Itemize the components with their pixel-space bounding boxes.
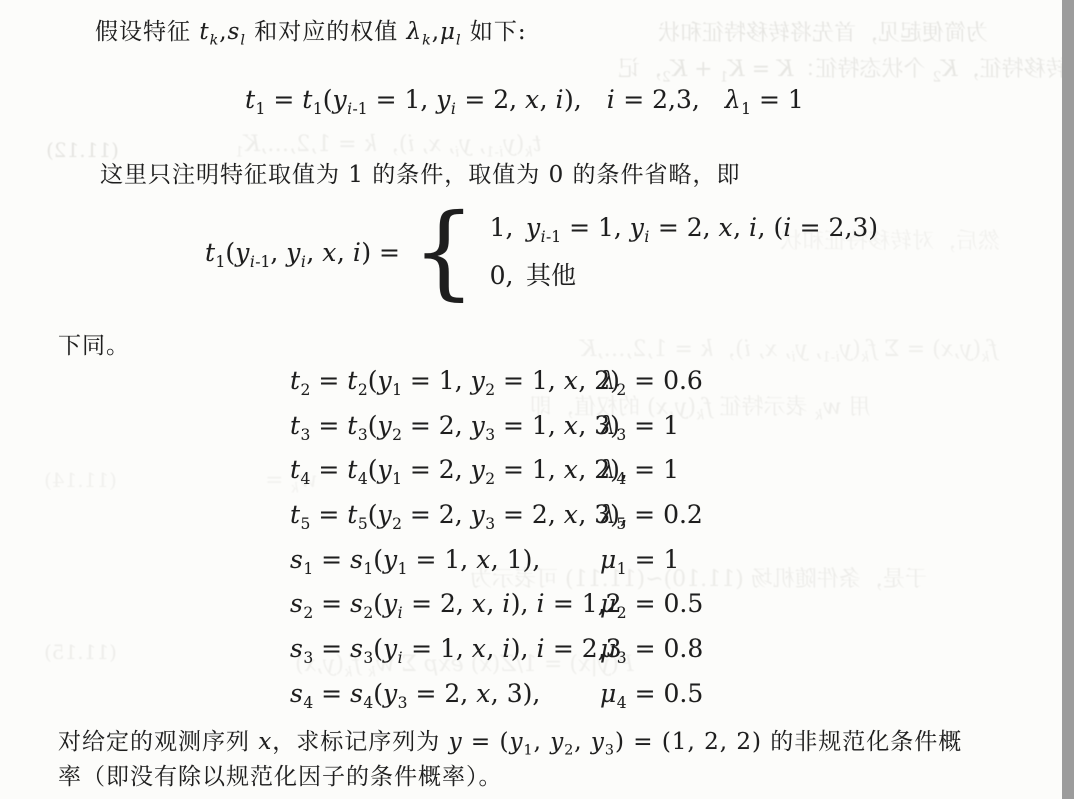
feature-row: s4 = s4(y3 = 2, x, 3), μ4 = 0.5 — [290, 679, 910, 724]
feature-row: t2 = t2(y1 = 1, y2 = 1, x, 2) λ2 = 0.6 — [290, 366, 910, 411]
feature-weight: λ5 = 0.2 — [600, 500, 703, 529]
bleedthrough-formula: fk(y,x) = Σ fk(yi-1, yi, x, i)，k = 1,2,…… — [580, 332, 998, 363]
feature-weight: μ2 = 0.5 — [600, 589, 703, 618]
feature-formula: s2 = s2(yi = 2, x, i), i = 1,2 — [290, 589, 622, 618]
piecewise-cases: 1, yi-1 = 1, yi = 2, x, i, (i = 2,3) 0, … — [490, 213, 878, 292]
feature-formula: s4 = s4(y3 = 2, x, 3), — [290, 679, 540, 708]
bleedthrough-equation-number: (11.14) — [44, 468, 117, 492]
feature-weight: λ2 = 0.6 — [600, 366, 703, 395]
feature-weight: μ3 = 0.8 — [600, 634, 703, 663]
bleedthrough-equation-number: (11.15) — [44, 640, 117, 664]
bleedthrough-text: 为简便起见，首先将转移特征和状 — [658, 16, 988, 47]
feature-formula: t4 = t4(y1 = 2, y2 = 1, x, 2), — [290, 455, 628, 484]
feature-formula: t5 = t5(y2 = 2, y3 = 2, x, 3), — [290, 500, 628, 529]
feature-weight: μ1 = 1 — [600, 545, 679, 574]
bleedthrough-formula: tk(yi-1, yi, x, i)，k = 1,2,…,K1 — [235, 127, 542, 158]
feature-row: t3 = t3(y2 = 2, y3 = 1, x, 3) λ3 = 1 — [290, 411, 910, 456]
same-below-note: 下同。 — [58, 330, 130, 362]
feature-formula: t2 = t2(y1 = 1, y2 = 1, x, 2) — [290, 366, 620, 395]
feature-weight: λ3 = 1 — [600, 411, 679, 440]
intro-paragraph: 假设特征 tk,sl 和对应的权值 λk,μl 如下: — [95, 16, 527, 48]
piecewise-case-0: 0, 其他 — [490, 256, 878, 292]
feature-row: t5 = t5(y2 = 2, y3 = 2, x, 3), λ5 = 0.2 — [290, 500, 910, 545]
equation-t1-definition: t1 = t1(yi-1 = 1, yi = 2, x, i), i = 2,3… — [245, 85, 804, 114]
feature-weight: μ4 = 0.5 — [600, 679, 703, 708]
feature-row: s1 = s1(y1 = 1, x, 1), μ1 = 1 — [290, 545, 910, 590]
page-edge-shadow — [1062, 0, 1074, 799]
feature-formula: t3 = t3(y2 = 2, y3 = 1, x, 3) — [290, 411, 620, 440]
piecewise-lhs: t1(yi-1, yi, x, i) = — [205, 238, 400, 267]
problem-statement-line1: 对给定的观测序列 x，求标记序列为 y = (y1, y2, y3) = (1,… — [58, 726, 962, 758]
feature-weight-list: t2 = t2(y1 = 1, y2 = 1, x, 2) λ2 = 0.6 t… — [290, 366, 910, 724]
bleedthrough-text: 个转移特征，K2 个状态特征：K = K1 + K2，记 — [618, 52, 1074, 83]
left-brace-glyph: { — [412, 205, 476, 299]
note-paragraph: 这里只注明特征取值为 1 的条件，取值为 0 的条件省略，即 — [100, 159, 741, 191]
feature-row: s2 = s2(yi = 2, x, i), i = 1,2 μ2 = 0.5 — [290, 589, 910, 634]
feature-formula: s1 = s1(y1 = 1, x, 1), — [290, 545, 540, 574]
feature-formula: s3 = s3(yi = 1, x, i), i = 2,3 — [290, 634, 622, 663]
scanned-textbook-page: 为简便起见，首先将转移特征和状 个转移特征，K2 个状态特征：K = K1 + … — [0, 0, 1074, 799]
piecewise-case-1: 1, yi-1 = 1, yi = 2, x, i, (i = 2,3) — [490, 213, 878, 242]
piecewise-equation: t1(yi-1, yi, x, i) = { 1, yi-1 = 1, yi =… — [205, 206, 878, 298]
feature-row: t4 = t4(y1 = 2, y2 = 1, x, 2), λ4 = 1 — [290, 455, 910, 500]
problem-statement-line2: 率（即没有除以规范化因子的条件概率）。 — [58, 761, 503, 793]
feature-weight: λ4 = 1 — [600, 455, 679, 484]
feature-row: s3 = s3(yi = 1, x, i), i = 2,3 μ3 = 0.8 — [290, 634, 910, 679]
